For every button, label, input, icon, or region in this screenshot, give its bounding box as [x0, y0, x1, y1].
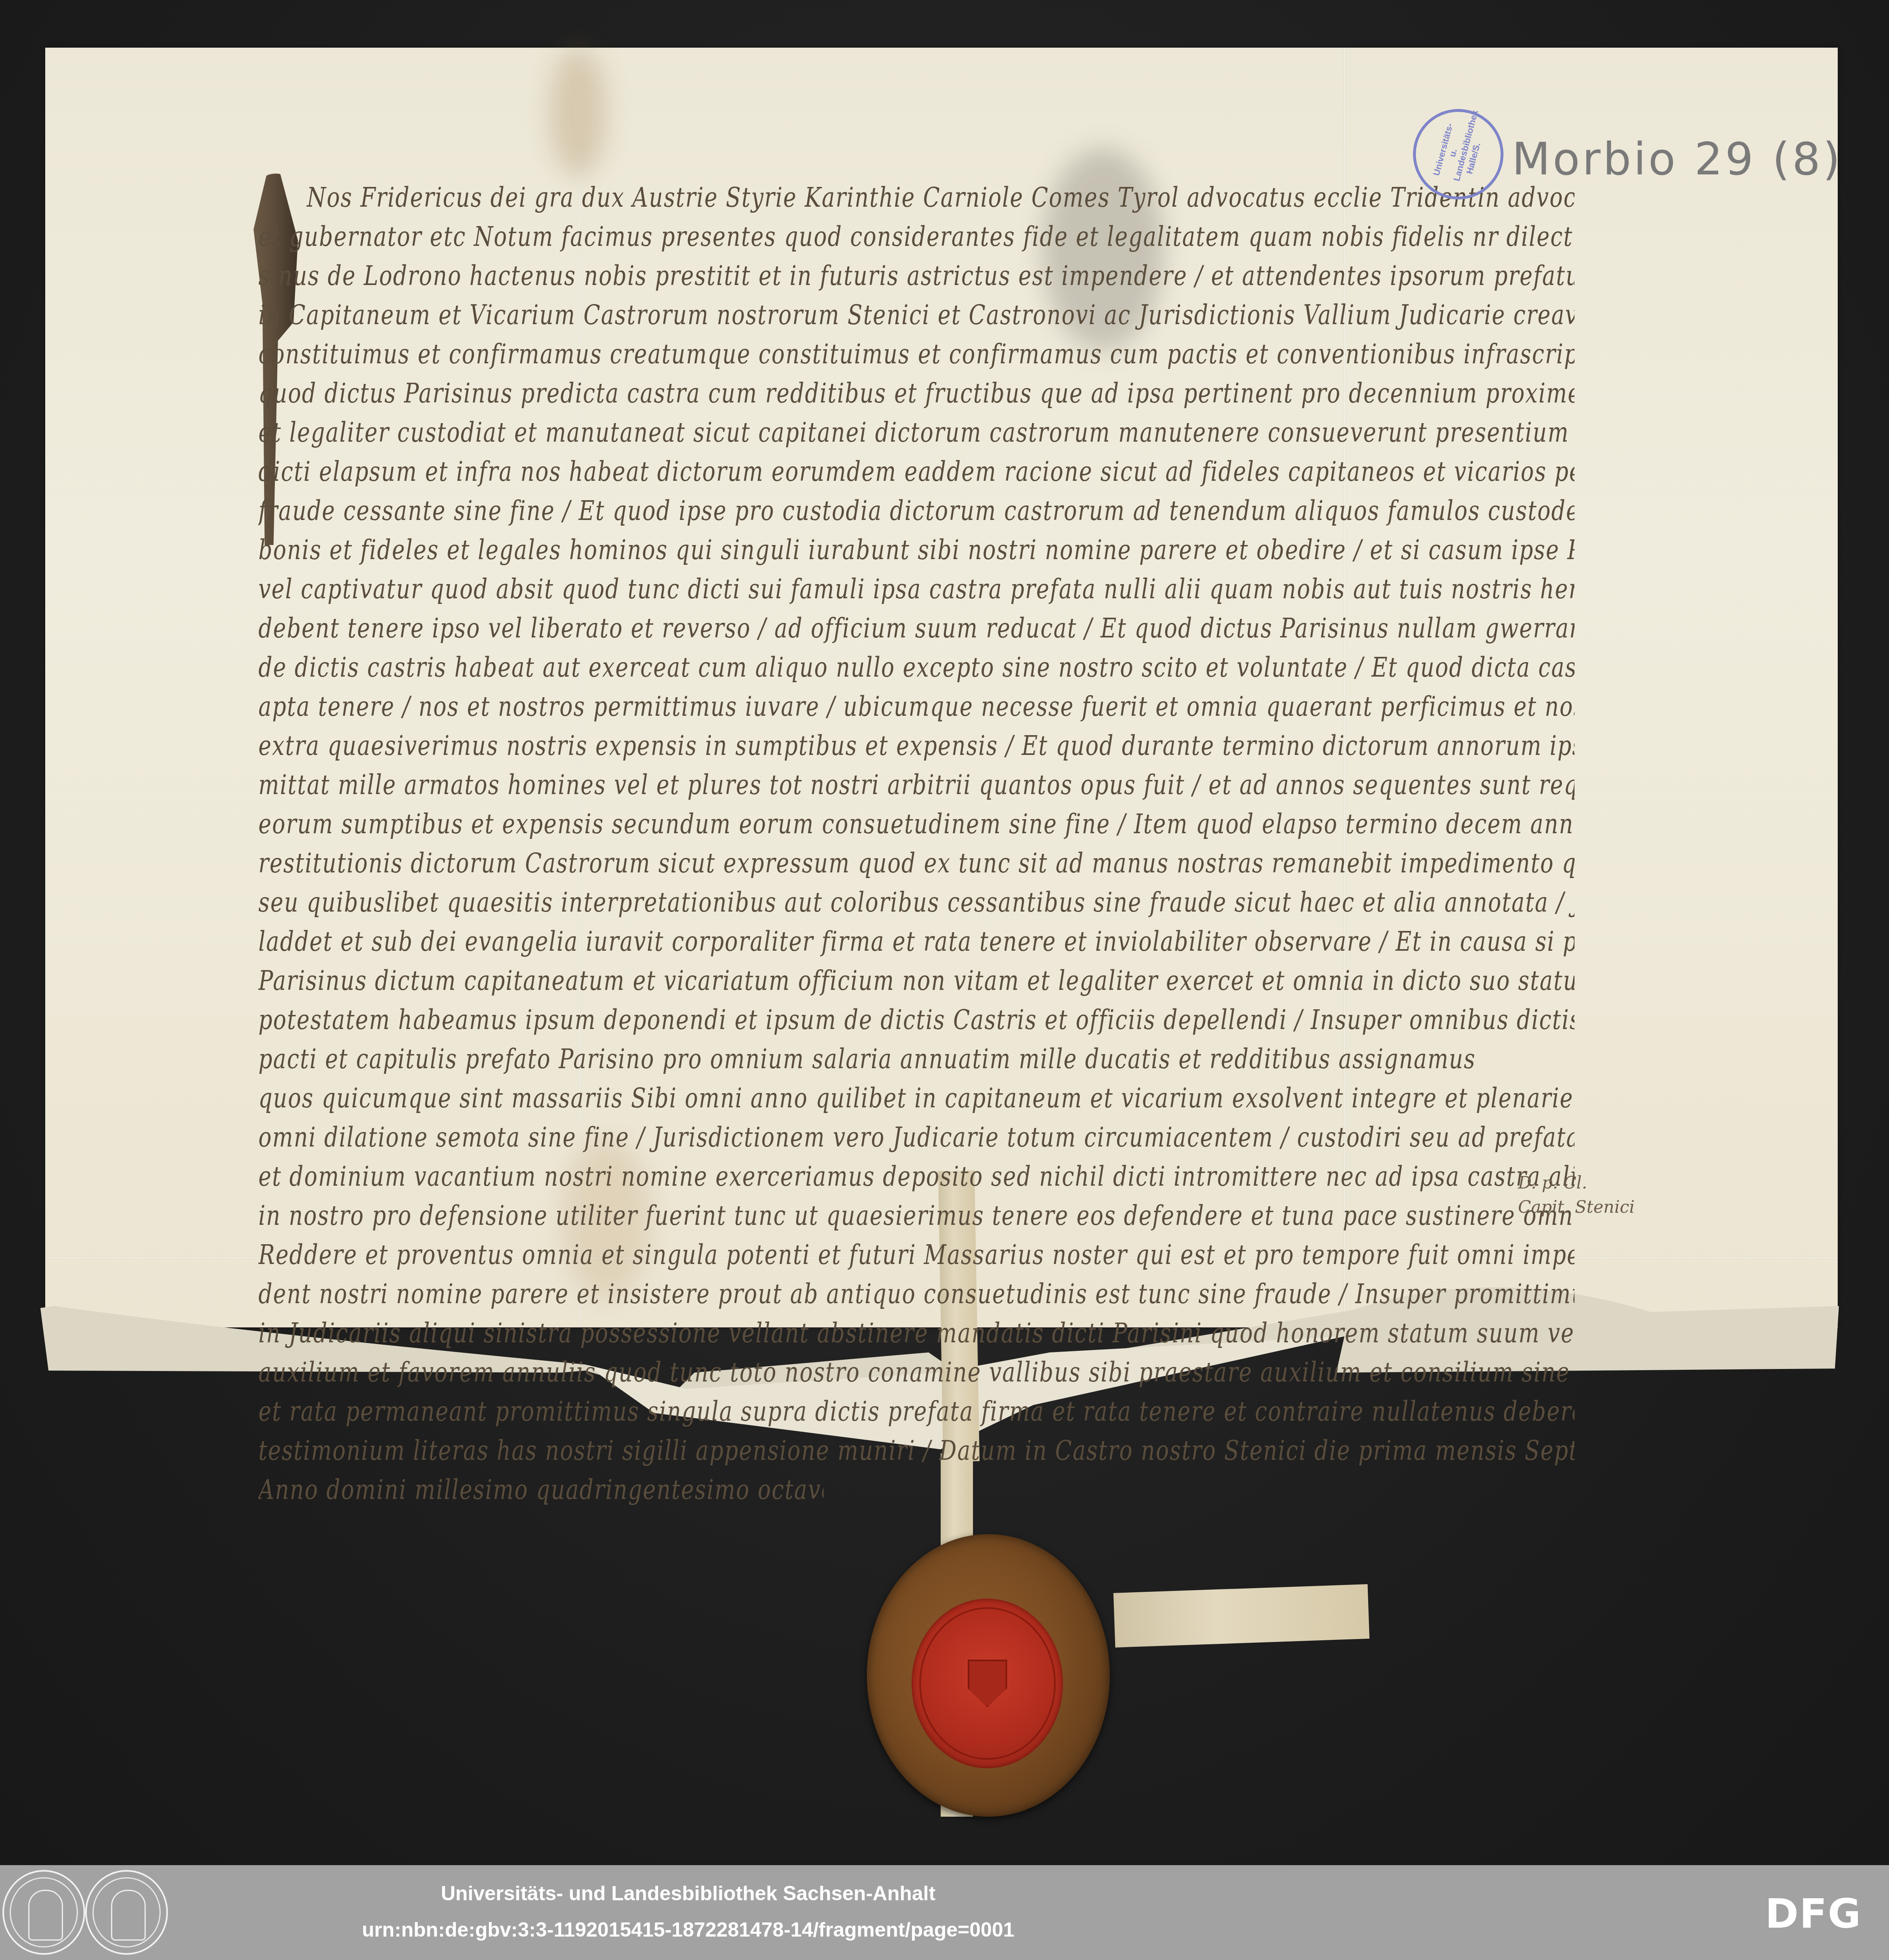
- dfg-logo-icon: DFG: [1765, 1890, 1862, 1937]
- footer-text: Universitäts- und Landesbibliothek Sachs…: [0, 1881, 1889, 1942]
- urn-link[interactable]: urn:nbn:de:gbv:3:3-1192015415-1872281478…: [0, 1918, 1889, 1942]
- institution-name: Universitäts- und Landesbibliothek Sachs…: [0, 1881, 1889, 1905]
- text-line: Anno domini millesimo quadringentesimo o…: [258, 1465, 824, 1514]
- parchment-strap-tail: [1113, 1584, 1369, 1648]
- scribe-note: D. p. Cl. Capit. Stenici: [1518, 1171, 1635, 1219]
- footer-banner: Universitäts- und Landesbibliothek Sachs…: [0, 1865, 1889, 1960]
- wax-seal-icon: [912, 1599, 1063, 1768]
- seal-ring: [919, 1607, 1056, 1760]
- coat-of-arms-icon: [968, 1660, 1007, 1707]
- charter-text: Nos Fridericus dei gra dux Austrie Styri…: [258, 178, 1575, 1509]
- shelfmark-annotation: Morbio 29 (8): [1512, 133, 1843, 185]
